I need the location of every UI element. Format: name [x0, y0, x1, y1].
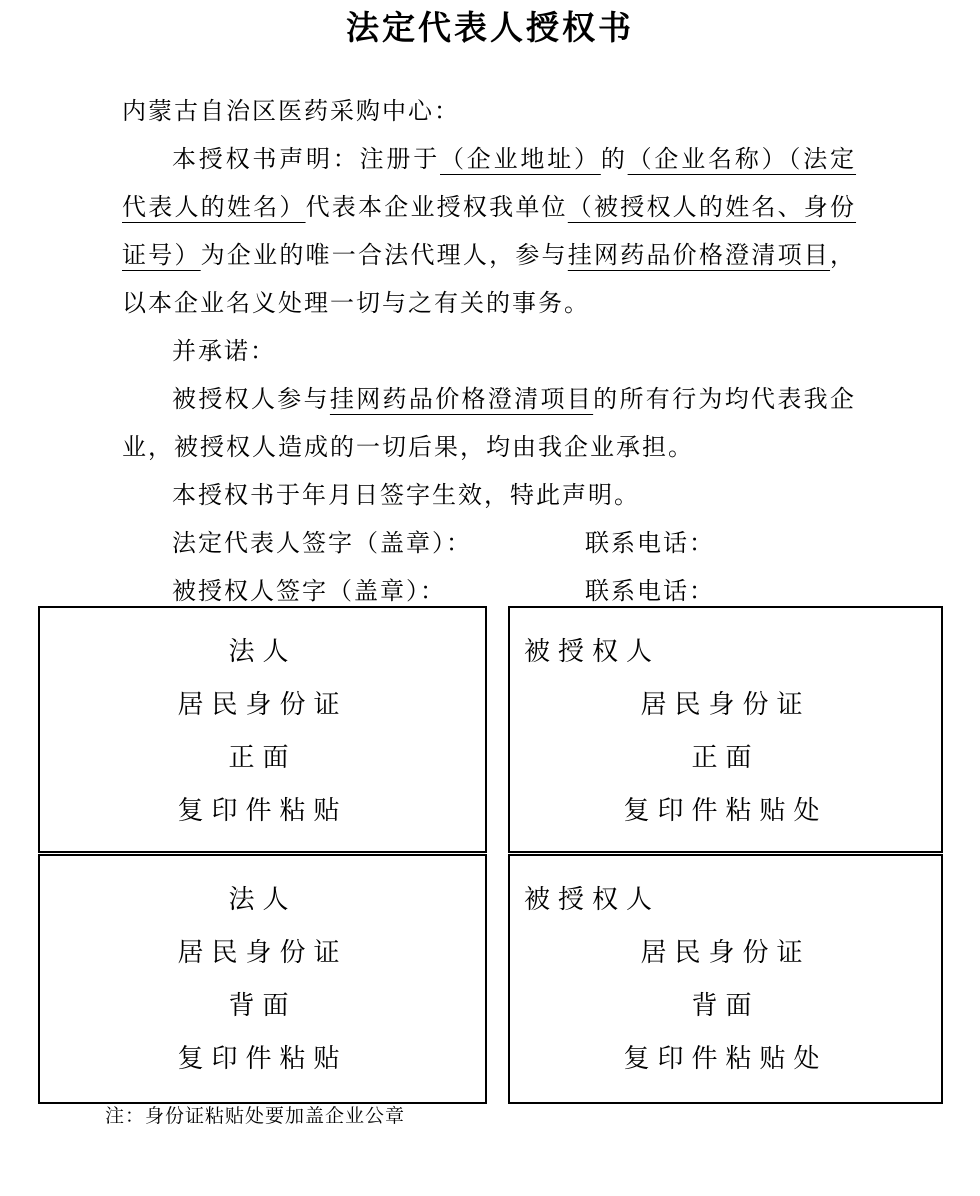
authorized-person-id-column: 被授权人 居民身份证 正面 复印件粘贴处 被授权人 居民身份证 背面 复印件粘贴… [508, 606, 943, 1104]
box-line: 居民身份证 [510, 926, 941, 979]
box-line: 复印件粘贴处 [510, 1032, 941, 1085]
box-authorized-id-front: 被授权人 居民身份证 正面 复印件粘贴处 [508, 606, 943, 853]
signature-row-legal-rep: 法定代表人签字（盖章）：联系电话： [122, 520, 856, 568]
text-segment: 被授权人参与 [172, 387, 330, 413]
paragraph-effective-date: 本授权书于年月日签字生效，特此声明。 [122, 472, 856, 520]
box-line: 复印件粘贴 [40, 1032, 485, 1085]
underlined-project-name: 挂网药品价格澄清项目 [568, 243, 830, 269]
underlined-project-name: 挂网药品价格澄清项目 [330, 387, 593, 413]
legal-rep-id-column: 法人 居民身份证 正面 复印件粘贴 法人 居民身份证 背面 复印件粘贴 [38, 606, 487, 1104]
box-line: 居民身份证 [40, 678, 485, 731]
box-line: 复印件粘贴处 [510, 784, 941, 837]
document-title: 法定代表人授权书 [0, 8, 980, 48]
id-copy-paste-grid: 法人 居民身份证 正面 复印件粘贴 法人 居民身份证 背面 复印件粘贴 被授权人… [38, 606, 943, 1104]
box-line: 复印件粘贴 [40, 784, 485, 837]
document-page: 法定代表人授权书 内蒙古自治区医药采购中心： 本授权书声明：注册于（企业地址）的… [0, 0, 980, 1196]
box-line: 正面 [40, 731, 485, 784]
box-owner-label: 被授权人 [510, 873, 941, 926]
legal-rep-signature-label: 法定代表人签字（盖章）： [172, 520, 585, 568]
box-line: 正面 [510, 731, 941, 784]
box-line: 居民身份证 [40, 926, 485, 979]
box-line: 居民身份证 [510, 678, 941, 731]
box-line: 法人 [40, 873, 485, 926]
text-segment: 代表本企业授权我单位 [306, 195, 568, 221]
box-authorized-id-back: 被授权人 居民身份证 背面 复印件粘贴处 [508, 854, 943, 1104]
document-body: 内蒙古自治区医药采购中心： 本授权书声明：注册于（企业地址）的（企业名称）（法定… [0, 88, 980, 616]
paragraph-promise: 被授权人参与挂网药品价格澄清项目的所有行为均代表我企业，被授权人造成的一切后果，… [122, 376, 856, 472]
box-legal-id-back: 法人 居民身份证 背面 复印件粘贴 [38, 854, 487, 1104]
text-segment: 为企业的唯一合法代理人，参与 [201, 243, 568, 269]
paragraph-promise-heading: 并承诺： [122, 328, 856, 376]
box-line: 背面 [510, 979, 941, 1032]
text-segment: 的 [601, 147, 628, 173]
salutation: 内蒙古自治区医药采购中心： [122, 88, 856, 136]
text-segment: 本授权书声明：注册于 [172, 147, 440, 173]
authorized-phone-label: 联系电话： [585, 579, 715, 605]
footnote: 注：身份证粘贴处要加盖企业公章 [105, 1104, 405, 1130]
underlined-blank-company-address: （企业地址） [440, 147, 601, 173]
legal-rep-phone-label: 联系电话： [585, 531, 715, 557]
box-owner-label: 被授权人 [510, 625, 941, 678]
box-line: 法人 [40, 625, 485, 678]
paragraph-declaration: 本授权书声明：注册于（企业地址）的（企业名称）（法定代表人的姓名）代表本企业授权… [122, 136, 856, 328]
box-line: 背面 [40, 979, 485, 1032]
box-legal-id-front: 法人 居民身份证 正面 复印件粘贴 [38, 606, 487, 853]
